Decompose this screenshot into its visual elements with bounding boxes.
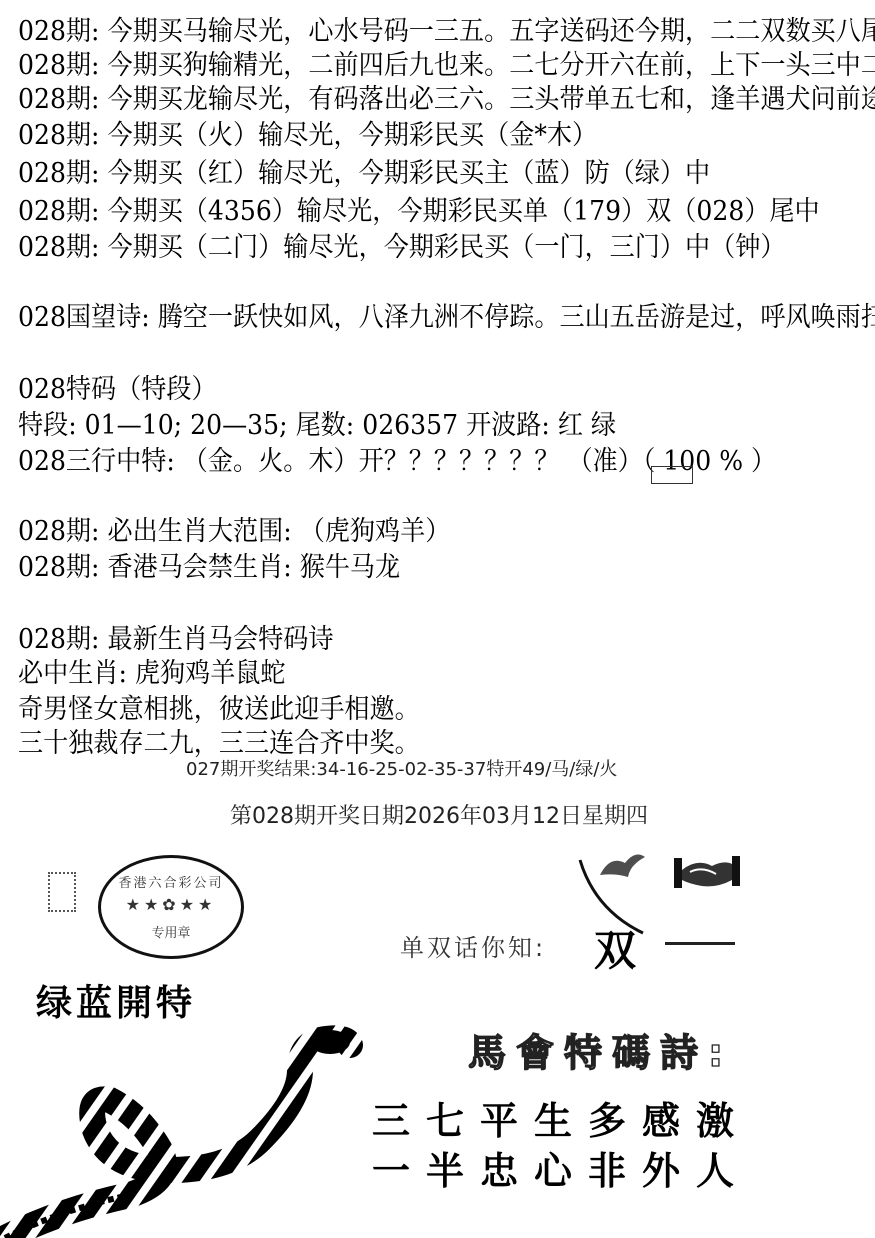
color-title: 绿蓝開特 — [36, 975, 196, 1026]
horse-poem-line-2: 一半忠心非外人 — [372, 1140, 750, 1195]
previous-result: 027期开奖结果:34-16-25-02-35-37特开49/马/绿/火 — [186, 758, 617, 782]
zodiac-poem-title: 028期: 最新生肖马会特码诗 — [18, 622, 333, 658]
prediction-line-6: 028期: 今期买（4356）输尽光，今期彩民买单（179）双（028）尾中 — [18, 194, 820, 230]
special-code-title: 028特码（特段） — [18, 372, 217, 408]
stamp-mark-box — [651, 466, 693, 484]
prediction-line-1: 028期: 今期买马输尽光，心水号码一三五。五字送码还今期，二二双数买八尾。 — [18, 14, 875, 50]
stamp-bottom-text: 专用章 — [101, 922, 241, 941]
prediction-line-5: 028期: 今期买（红）输尽光，今期彩民买主（蓝）防（绿）中 — [18, 156, 710, 192]
draw-date: 第028期开奖日期2026年03月12日星期四 — [230, 803, 648, 831]
horse-poem-title: 馬會特碼詩: — [468, 1022, 733, 1077]
zodiac-banned-line: 028期: 香港马会禁生肖: 猴牛马龙 — [18, 550, 400, 586]
dash-divider — [665, 942, 735, 945]
odd-even-value: 双 — [594, 918, 636, 978]
handshake-icon — [672, 850, 742, 892]
national-poem-line: 028国望诗: 腾空一跃快如风，八泽九洲不停踪。三山五岳游是过，呼风唤雨扫妖风。 — [18, 300, 875, 336]
prediction-line-3: 028期: 今期买龙输尽光，有码落出必三六。三头带单五七和，逢羊遇犬问前途。 — [18, 82, 875, 118]
special-segment-line: 特段: 01—10; 20—35; 尾数: 026357 开波路: 红 绿 — [18, 408, 616, 444]
stamp-stars: ★★✿★★ — [101, 895, 241, 914]
verse-line-1: 奇男怪女意相挑，彼送此迎手相邀。 — [18, 692, 420, 728]
odd-even-label: 单双话你知: — [400, 928, 546, 963]
stamp-top-text: 香港六合彩公司 — [101, 872, 241, 891]
prediction-line-2: 028期: 今期买狗输精光，二前四后九也来。二七分开六在前，上下一头三中二。 — [18, 48, 875, 84]
dotted-mark-icon — [48, 872, 76, 912]
official-stamp: 香港六合彩公司 ★★✿★★ 专用章 — [98, 855, 244, 959]
prediction-line-4: 028期: 今期买（火）输尽光，今期彩民买（金*木） — [18, 118, 597, 154]
verse-line-2: 三十独裁存二九，三三连合齐中奖。 — [18, 726, 420, 762]
prediction-line-7: 028期: 今期买（二门）输尽光，今期彩民买（一门，三门）中（钟） — [18, 230, 785, 266]
snake-image — [0, 1020, 370, 1238]
zodiac-range-line: 028期: 必出生肖大范围: （虎狗鸡羊） — [18, 514, 450, 550]
must-zodiac-line: 必中生肖: 虎狗鸡羊鼠蛇 — [18, 656, 286, 692]
horse-poem-line-1: 三七平生多感激 — [372, 1090, 750, 1145]
